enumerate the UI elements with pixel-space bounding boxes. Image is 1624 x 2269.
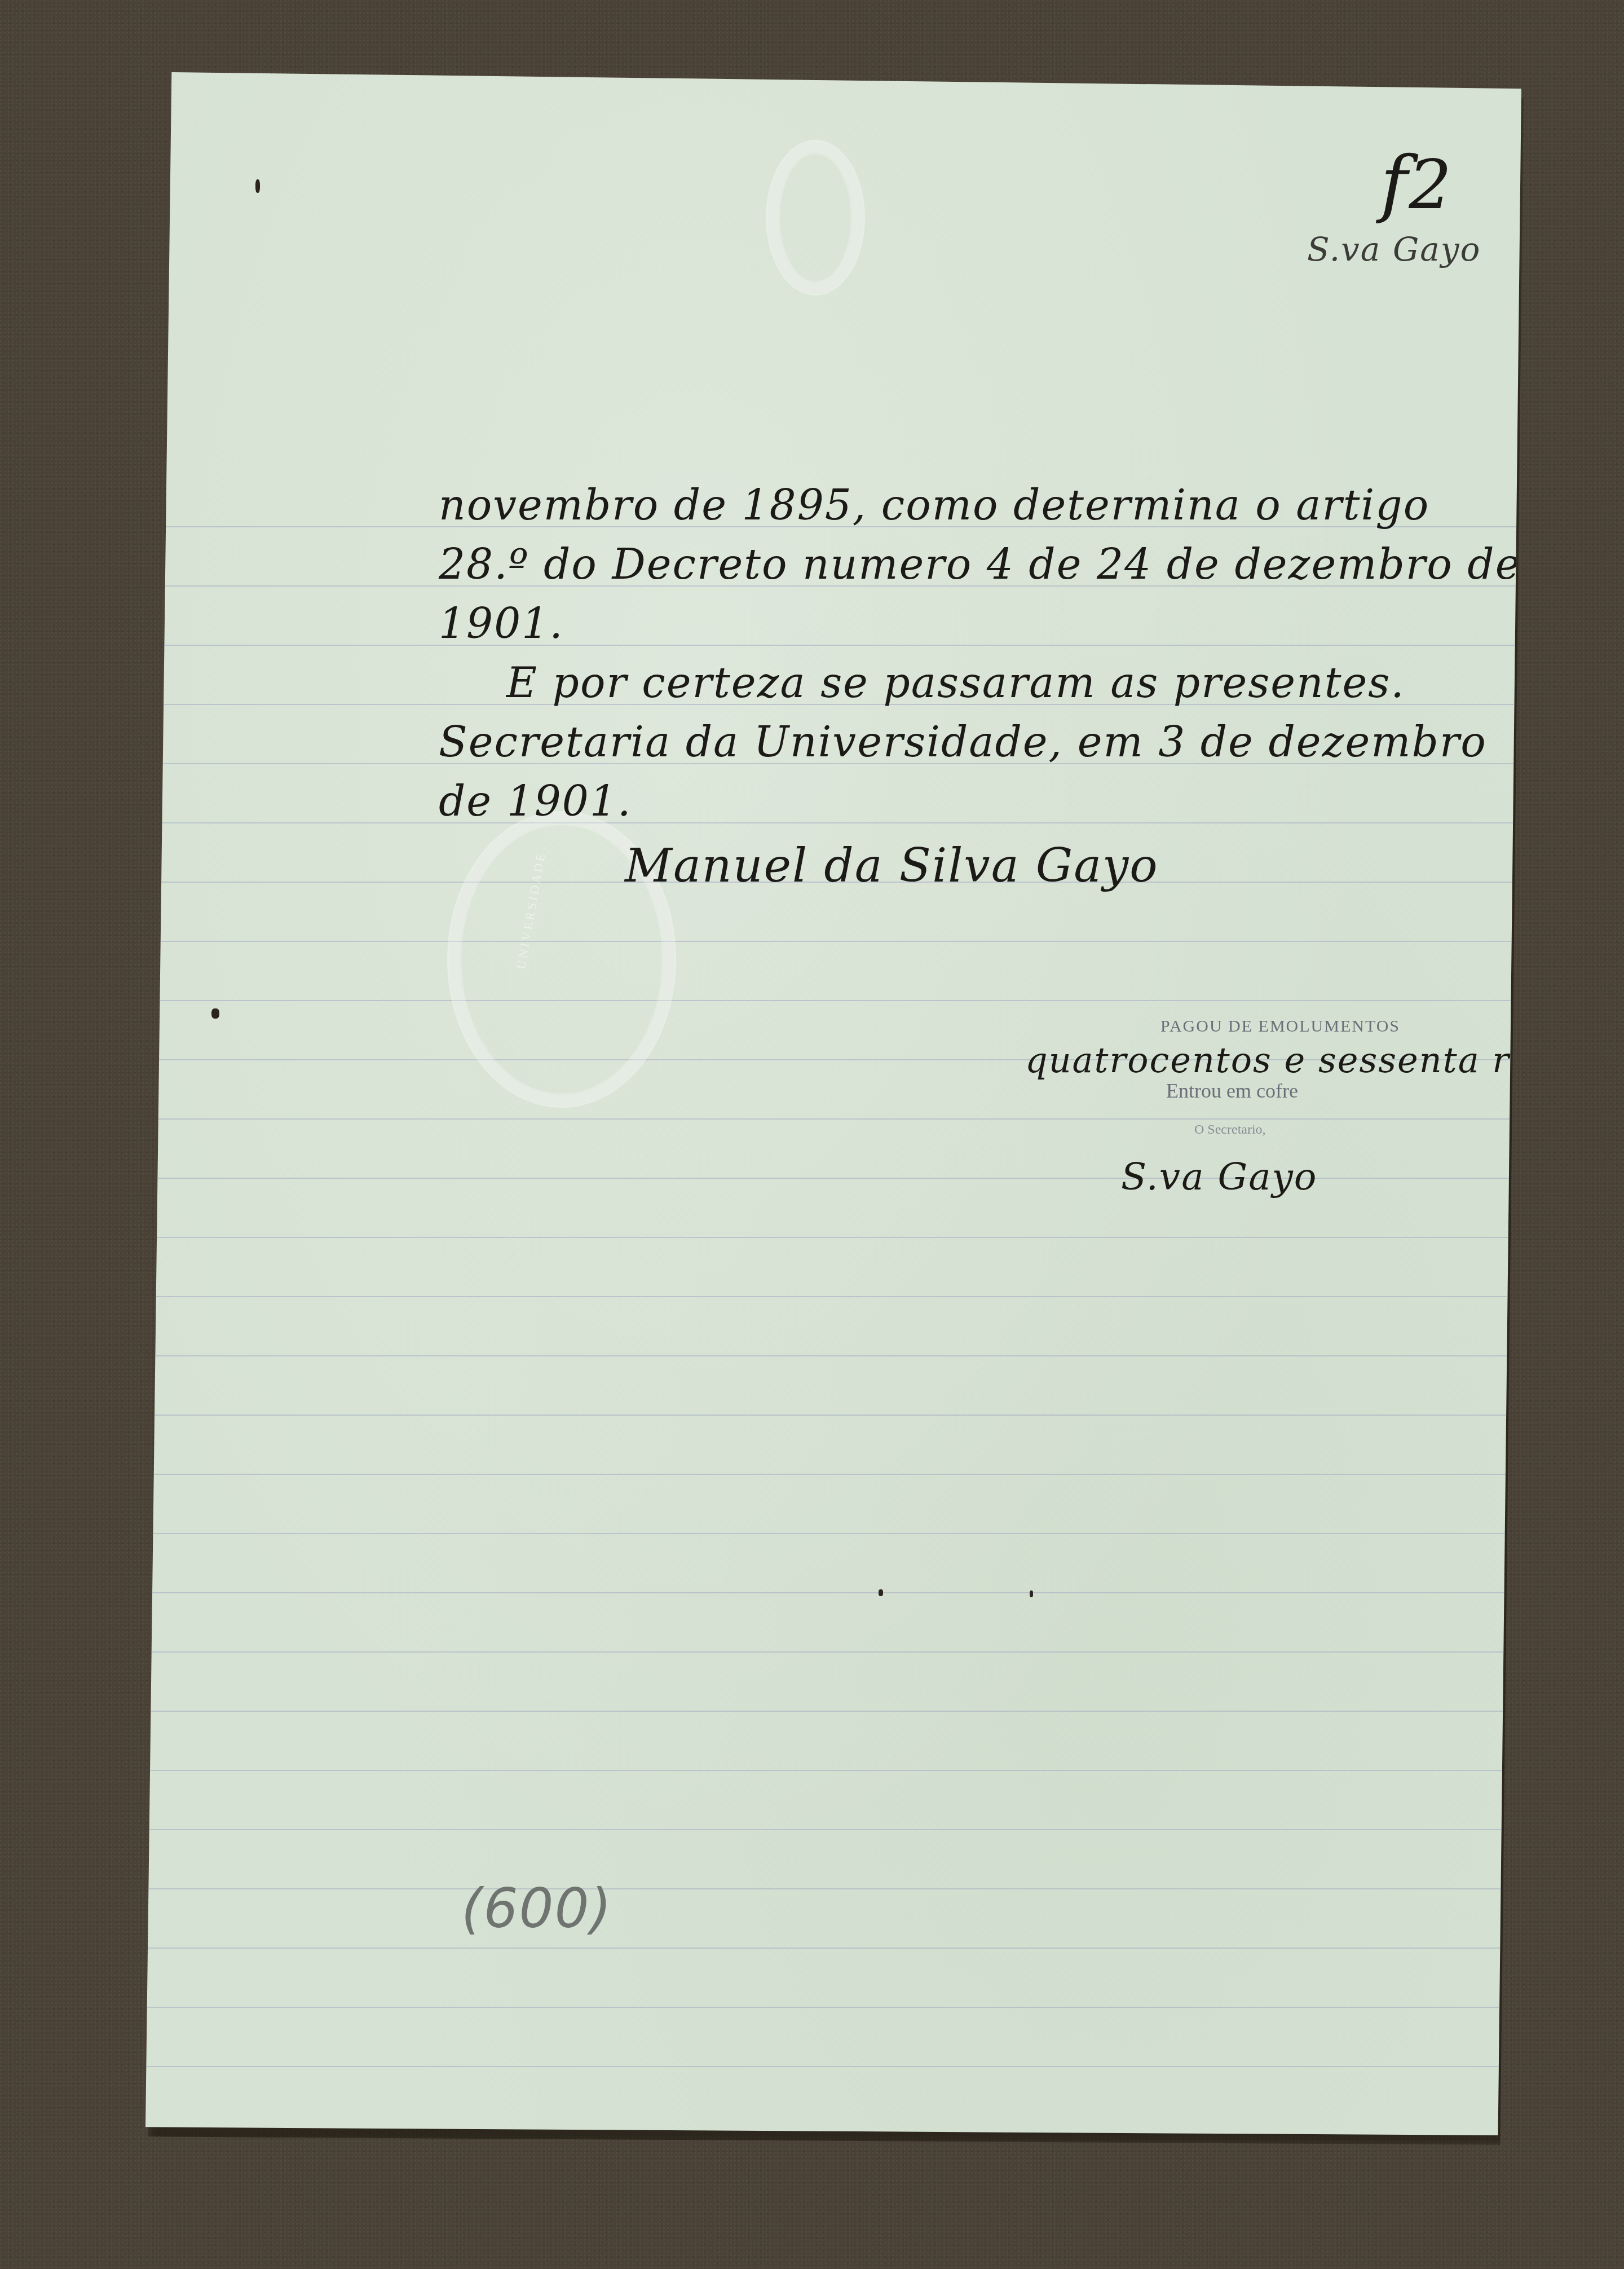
rule-line (145, 1415, 1521, 1416)
folio-number: 2 (1409, 146, 1453, 224)
rule-line (145, 1000, 1521, 1001)
rule-line (145, 1592, 1521, 1593)
stamp-role: O Secretario, (1194, 1122, 1266, 1138)
rule-line (145, 1296, 1521, 1297)
rule-line (145, 645, 1521, 646)
body-line-1: novembro de 1895, como determina o artig… (439, 481, 1429, 530)
signature-secretary: Manuel da Silva Gayo (625, 839, 1159, 893)
document-page: UNIVERSIDADE f2 S.va Gayo novembro de 18… (145, 72, 1521, 2135)
rule-line (145, 1770, 1521, 1771)
folio-mark: f2 (1380, 140, 1453, 226)
folio-initials: S.va Gayo (1307, 230, 1481, 268)
fee-stamp-signature: S.va Gayo (1121, 1155, 1318, 1199)
body-line-4: E por certeza se passaram as presentes. (506, 659, 1405, 707)
fee-amount-handwritten: quatrocentos e sessenta reis (1025, 1039, 1563, 1081)
embossed-seal-top (766, 140, 865, 296)
rule-line (145, 2066, 1521, 2067)
ink-speck (1030, 1590, 1033, 1597)
body-line-6: de 1901. (439, 777, 632, 826)
ink-speck (879, 1589, 883, 1596)
body-line-2: 28.º do Decreto numero 4 de 24 de dezemb… (439, 540, 1521, 589)
rule-line (145, 941, 1521, 942)
stamp-entered: Entrou em cofre (1166, 1079, 1298, 1103)
rule-line (145, 1651, 1521, 1653)
rule-line (145, 2007, 1521, 2008)
rule-line (145, 1533, 1521, 1534)
rule-line (145, 1711, 1521, 1712)
stamp-fee-header: PAGOU DE EMOLUMENTOS (1160, 1017, 1400, 1036)
body-line-3: 1901. (439, 600, 564, 648)
rule-line (145, 822, 1521, 823)
body-line-5: Secretaria da Universidade, em 3 de deze… (439, 718, 1487, 766)
rule-line (145, 1948, 1521, 1949)
rule-line (145, 1888, 1521, 1889)
rule-line (145, 1829, 1521, 1830)
rule-line (145, 1355, 1521, 1356)
punch-mark (255, 179, 260, 193)
seal-legend: UNIVERSIDADE (514, 850, 549, 970)
punch-mark (211, 1008, 219, 1019)
rule-line (145, 1118, 1521, 1120)
rule-line (145, 1237, 1521, 1238)
rule-line (145, 1474, 1521, 1475)
pencil-note: (600) (461, 1877, 612, 1940)
